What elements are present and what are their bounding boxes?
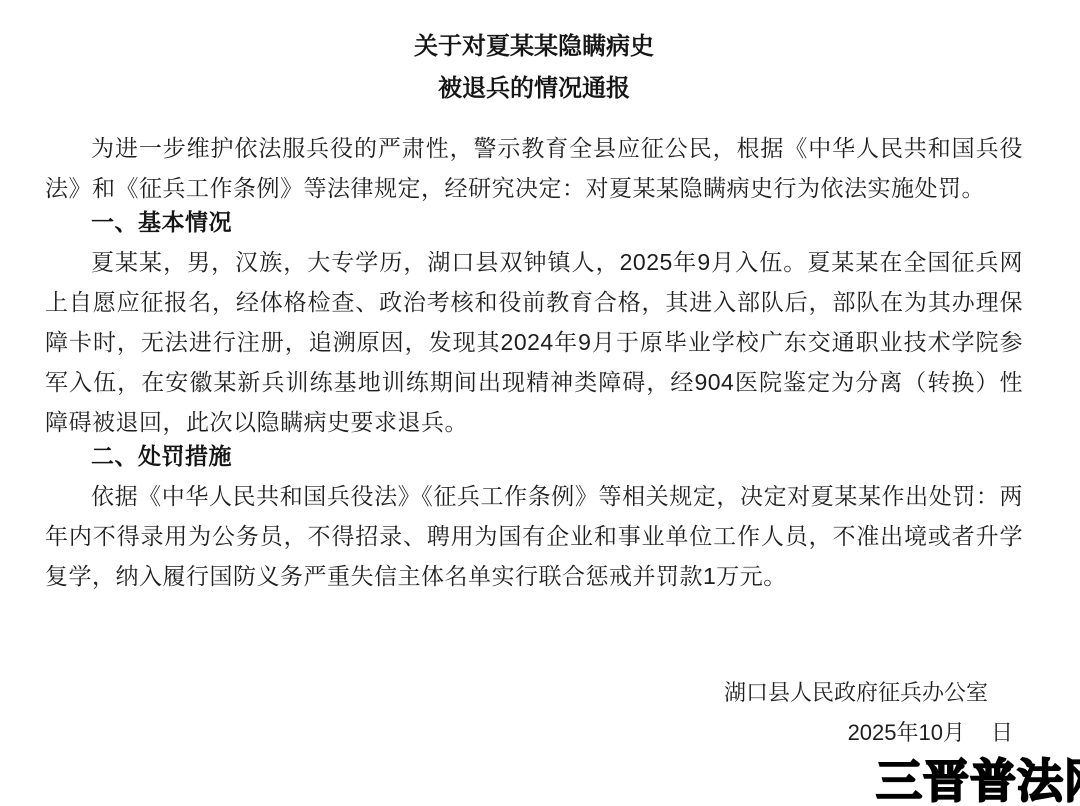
- issue-date: 2025年10月日: [45, 713, 1023, 753]
- notice-title-line2: 被退兵的情况通报: [45, 68, 1023, 110]
- paragraph-basic-info: 夏某某，男，汉族，大专学历，湖口县双钟镇人，2025年9月入伍。夏某某在全国征兵…: [45, 242, 1023, 442]
- notice-title-line1: 关于对夏某某隐瞒病史: [45, 26, 1023, 68]
- notice-title: 关于对夏某某隐瞒病史 被退兵的情况通报: [45, 0, 1023, 110]
- issue-date-prefix: 2025年10月: [848, 720, 965, 745]
- signature-block: 湖口县人民政府征兵办公室 2025年10月日: [45, 673, 1023, 753]
- section-heading-basic-info: 一、基本情况: [45, 202, 1023, 242]
- issuing-office: 湖口县人民政府征兵办公室: [45, 673, 1023, 713]
- watermark-sanjin-pufa: 三晋普法网: [876, 756, 1080, 806]
- issue-date-suffix: 日: [991, 720, 1013, 745]
- section-heading-punishment: 二、处罚措施: [45, 436, 1023, 476]
- paragraph-punishment: 依据《中华人民共和国兵役法》《征兵工作条例》等相关规定，决定对夏某某作出处罚：两…: [45, 476, 1023, 596]
- notice-document: 关于对夏某某隐瞒病史 被退兵的情况通报 为进一步维护依法服兵役的严肃性，警示教育…: [0, 0, 1080, 806]
- paragraph-intro: 为进一步维护依法服兵役的严肃性，警示教育全县应征公民，根据《中华人民共和国兵役法…: [45, 128, 1023, 208]
